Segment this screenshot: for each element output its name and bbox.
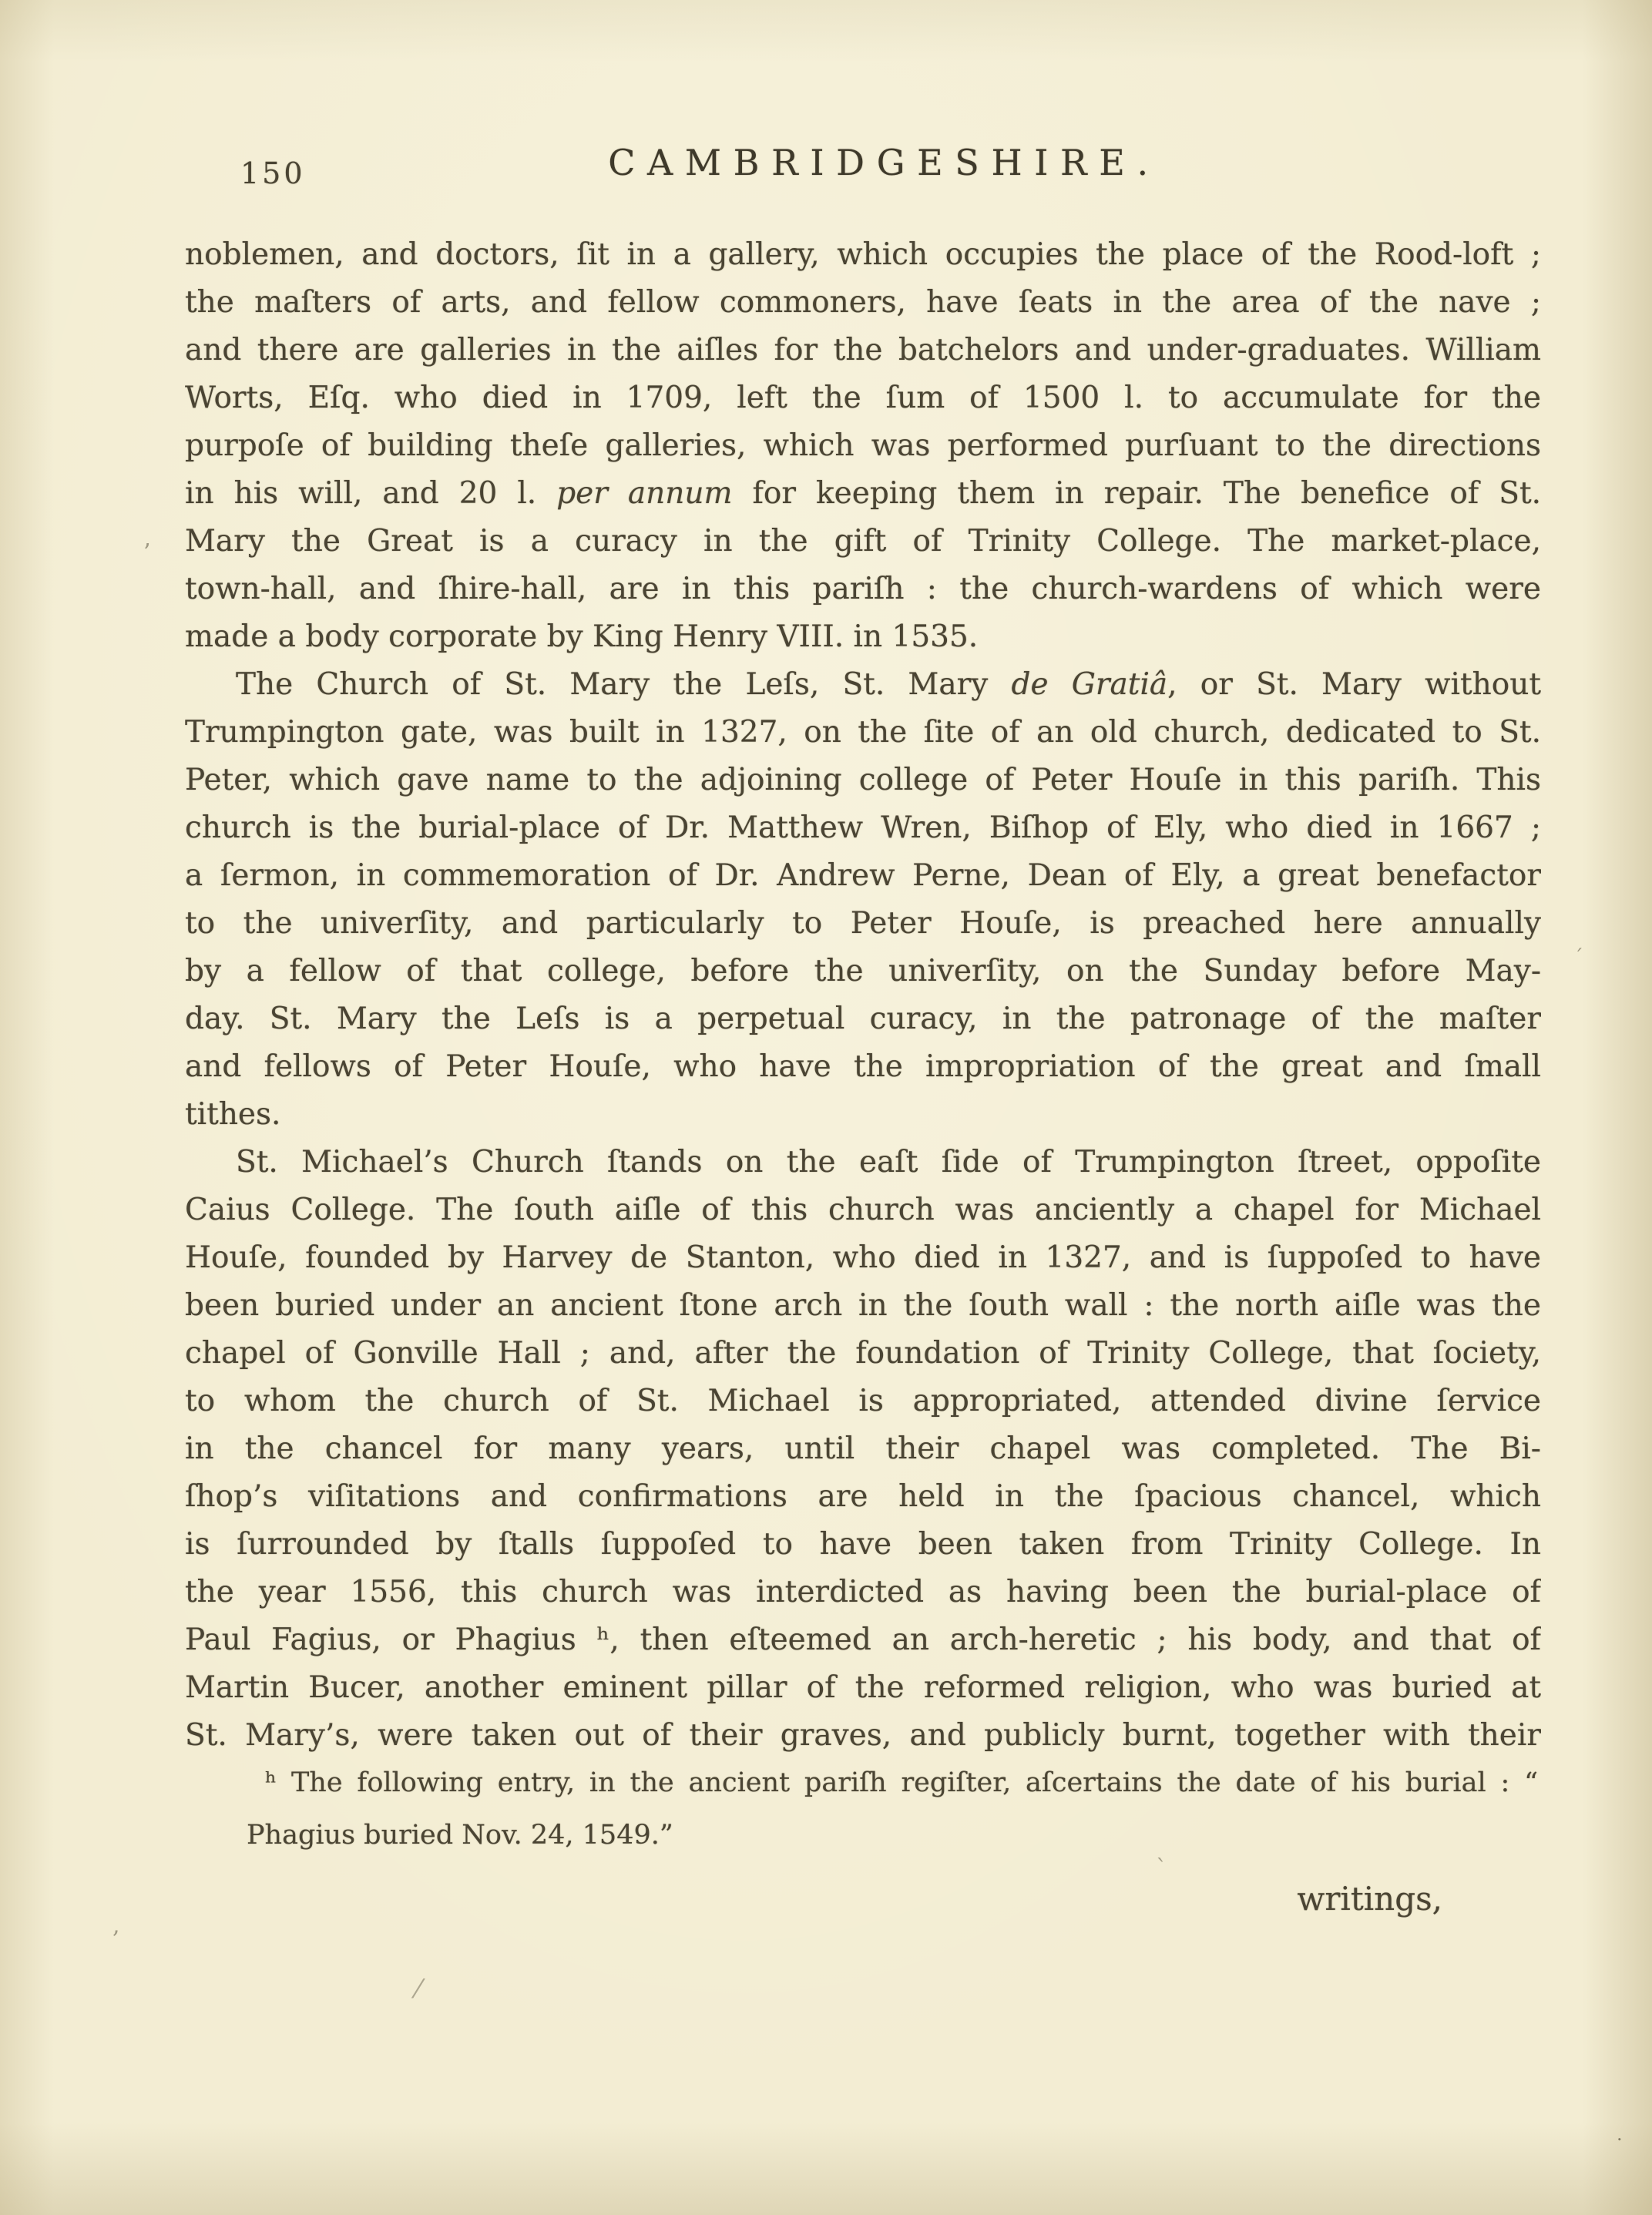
italic-phrase: per annum (556, 476, 732, 511)
text-line: a ſermon, in commemoration of Dr. Andrew… (185, 852, 1541, 900)
text-line: Martin Bucer, another eminent pillar of … (185, 1664, 1541, 1712)
paragraph: St. Michael’s Church ſtands on the eaſt … (185, 1139, 1541, 1760)
footnote-line: Phagius buried Nov. 24, 1549.” (247, 1809, 1538, 1861)
body-text: noblemen, and doctors, ſit in a gallery,… (185, 231, 1541, 1760)
text-line: Trumpington gate, was built in 1327, on … (185, 709, 1541, 757)
text-line: St. Michael’s Church ſtands on the eaſt … (185, 1139, 1541, 1186)
text-line: in his will, and 20 l. per annum for kee… (185, 470, 1541, 518)
text-line: is ſurrounded by ſtalls ſuppoſed to have… (185, 1521, 1541, 1569)
footnote-line: ʰ The following entry, in the ancient pa… (247, 1757, 1538, 1809)
text-line: and fellows of Peter Houſe, who have the… (185, 1043, 1541, 1091)
scan-speck: ` (1156, 1855, 1167, 1882)
scan-speck: ⁄ (416, 1974, 421, 2005)
text-line: town-hall, and ſhire-hall, are in this p… (185, 565, 1541, 613)
text-segment: , or St. Mary without (1167, 667, 1541, 702)
text-line: church is the burial-place of Dr. Matthe… (185, 804, 1541, 852)
scan-speck: ’ (143, 539, 151, 566)
text-line: noblemen, and doctors, ſit in a gallery,… (185, 231, 1541, 279)
text-segment: for keeping them in repair. The benefice… (732, 476, 1541, 511)
scan-speck: , (112, 1912, 120, 1939)
text-line: the year 1556, this church was interdict… (185, 1569, 1541, 1616)
running-header: CAMBRIDGESHIRE. (185, 142, 1541, 183)
paragraph: noblemen, and doctors, ſit in a gallery,… (185, 231, 1541, 661)
text-line: The Church of St. Mary the Leſs, St. Mar… (185, 661, 1541, 709)
text-segment: The Church of St. Mary the Leſs, St. Mar… (236, 667, 1011, 702)
text-line: Worts, Eſq. who died in 1709, left the ſ… (185, 374, 1541, 422)
text-line: purpoſe of building theſe galleries, whi… (185, 422, 1541, 470)
text-line: to the univerſity, and particularly to P… (185, 900, 1541, 948)
text-line: to whom the church of St. Michael is app… (185, 1378, 1541, 1425)
text-line: in the chancel for many years, until the… (185, 1425, 1541, 1473)
text-line: ſhop’s viſitations and confirmations are… (185, 1473, 1541, 1521)
scan-speck: ´ (1573, 946, 1583, 969)
footnote: ʰ The following entry, in the ancient pa… (247, 1757, 1538, 1861)
scanned-book-page: 150 CAMBRIDGESHIRE. noblemen, and doctor… (0, 0, 1652, 2215)
catchword: writings, (1233, 1880, 1442, 1918)
text-line: been buried under an ancient ſtone arch … (185, 1282, 1541, 1330)
text-line: by a fellow of that college, before the … (185, 948, 1541, 995)
text-line: Peter, which gave name to the adjoining … (185, 757, 1541, 804)
text-line: Caius College. The ſouth aiſle of this c… (185, 1186, 1541, 1234)
text-line: tithes. (185, 1091, 1541, 1139)
text-line: and there are galleries in the aiſles fo… (185, 327, 1541, 374)
text-line: Houſe, founded by Harvey de Stanton, who… (185, 1234, 1541, 1282)
text-line: St. Mary’s, were taken out of their grav… (185, 1712, 1541, 1760)
text-line: day. St. Mary the Leſs is a perpetual cu… (185, 995, 1541, 1043)
text-line: chapel of Gonville Hall ; and, after the… (185, 1330, 1541, 1378)
italic-phrase: de Gratiâ (1011, 667, 1167, 702)
paragraph: The Church of St. Mary the Leſs, St. Mar… (185, 661, 1541, 1139)
text-segment: in his will, and 20 l. (185, 476, 556, 511)
text-line: Paul Fagius, or Phagius ʰ, then eſteemed… (185, 1616, 1541, 1664)
text-line: Mary the Great is a curacy in the gift o… (185, 518, 1541, 565)
scan-speck: . (1617, 2123, 1623, 2145)
text-line: made a body corporate by King Henry VIII… (185, 613, 1541, 661)
text-line: the maſters of arts, and fellow commoner… (185, 279, 1541, 327)
